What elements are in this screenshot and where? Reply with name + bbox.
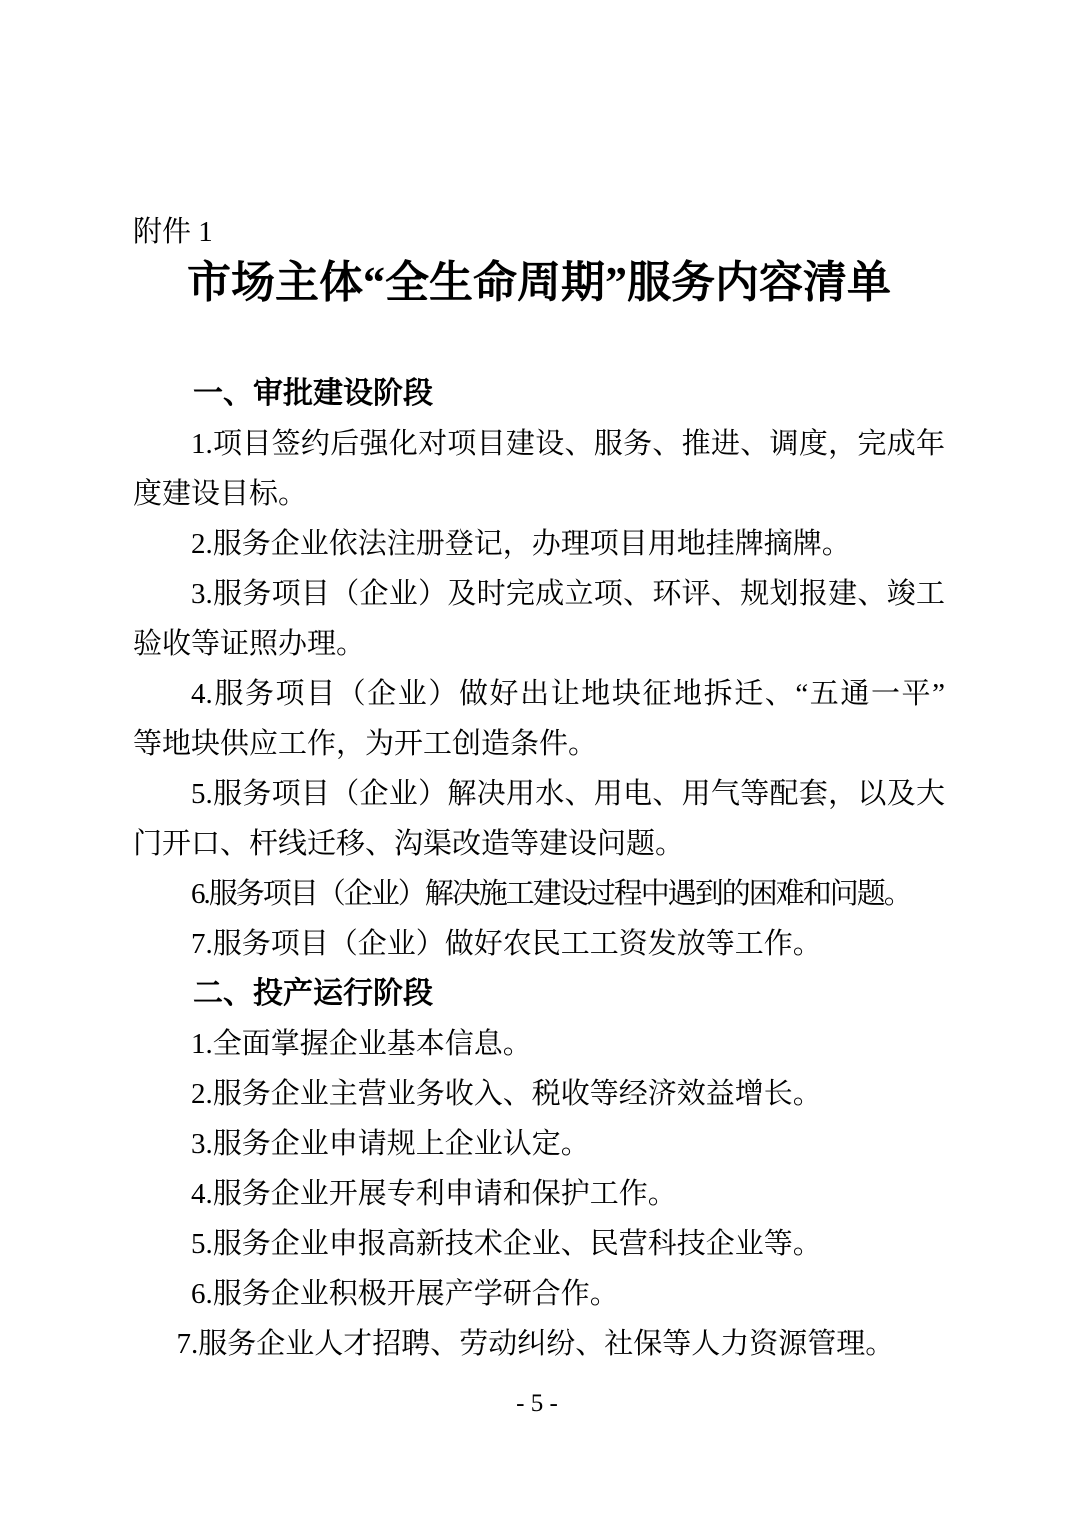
section-1-item-2: 2.服务企业依法注册登记，办理项目用地挂牌摘牌。	[133, 519, 945, 569]
paragraph-line: 3.服务企业申请规上企业认定。	[133, 1119, 945, 1169]
document-page: 附件 1 市场主体“全生命周期”服务内容清单 一、审批建设阶段 1.项目签约后强…	[0, 0, 1074, 1520]
paragraph-line: 2.服务企业主营业务收入、税收等经济效益增长。	[133, 1069, 945, 1119]
attachment-label: 附件 1	[133, 212, 945, 252]
paragraph-line: 2.服务企业依法注册登记，办理项目用地挂牌摘牌。	[133, 519, 945, 569]
document-content: 附件 1 市场主体“全生命周期”服务内容清单 一、审批建设阶段 1.项目签约后强…	[133, 212, 945, 1369]
paragraph-line: 6.服务项目（企业）解决施工建设过程中遇到的困难和问题。	[133, 869, 945, 919]
paragraph-line: 6.服务企业积极开展产学研合作。	[133, 1269, 945, 1319]
paragraph-line: 4.服务项目（企业）做好出让地块征地拆迁、“五通一平”	[133, 669, 945, 719]
paragraph-line: 7.服务企业人才招聘、劳动纠纷、社保等人力资源管理。	[133, 1319, 945, 1369]
section-2-item-5: 5.服务企业申报高新技术企业、民营科技企业等。	[133, 1219, 945, 1269]
paragraph-line: 1.项目签约后强化对项目建设、服务、推进、调度，完成年	[133, 419, 945, 469]
paragraph-line: 门开口、杆线迁移、沟渠改造等建设问题。	[133, 819, 945, 869]
section-1-item-7: 7.服务项目（企业）做好农民工工资发放等工作。	[133, 919, 945, 969]
document-title: 市场主体“全生命周期”服务内容清单	[133, 252, 945, 314]
section-2-item-4: 4.服务企业开展专利申请和保护工作。	[133, 1169, 945, 1219]
paragraph-line: 4.服务企业开展专利申请和保护工作。	[133, 1169, 945, 1219]
page-number: - 5 -	[0, 1384, 1074, 1424]
section-1-item-5: 5.服务项目（企业）解决用水、用电、用气等配套，以及大 门开口、杆线迁移、沟渠改…	[133, 769, 945, 869]
paragraph-line: 验收等证照办理。	[133, 619, 945, 669]
section-1-item-3: 3.服务项目（企业）及时完成立项、环评、规划报建、竣工 验收等证照办理。	[133, 569, 945, 669]
paragraph-line: 5.服务企业申报高新技术企业、民营科技企业等。	[133, 1219, 945, 1269]
paragraph-line: 度建设目标。	[133, 469, 945, 519]
section-1-item-4: 4.服务项目（企业）做好出让地块征地拆迁、“五通一平” 等地块供应工作，为开工创…	[133, 669, 945, 769]
paragraph-line: 等地块供应工作，为开工创造条件。	[133, 719, 945, 769]
section-1-item-6: 6.服务项目（企业）解决施工建设过程中遇到的困难和问题。	[133, 869, 945, 919]
section-1-item-1: 1.项目签约后强化对项目建设、服务、推进、调度，完成年 度建设目标。	[133, 419, 945, 519]
section-1-heading: 一、审批建设阶段	[133, 369, 945, 419]
section-2-heading: 二、投产运行阶段	[133, 969, 945, 1019]
section-2-item-1: 1.全面掌握企业基本信息。	[133, 1019, 945, 1069]
paragraph-line: 7.服务项目（企业）做好农民工工资发放等工作。	[133, 919, 945, 969]
section-2-item-3: 3.服务企业申请规上企业认定。	[133, 1119, 945, 1169]
paragraph-line: 1.全面掌握企业基本信息。	[133, 1019, 945, 1069]
section-2-item-7: 7.服务企业人才招聘、劳动纠纷、社保等人力资源管理。	[133, 1319, 945, 1369]
section-2-item-6: 6.服务企业积极开展产学研合作。	[133, 1269, 945, 1319]
section-2-item-2: 2.服务企业主营业务收入、税收等经济效益增长。	[133, 1069, 945, 1119]
paragraph-line: 3.服务项目（企业）及时完成立项、环评、规划报建、竣工	[133, 569, 945, 619]
paragraph-line: 5.服务项目（企业）解决用水、用电、用气等配套，以及大	[133, 769, 945, 819]
